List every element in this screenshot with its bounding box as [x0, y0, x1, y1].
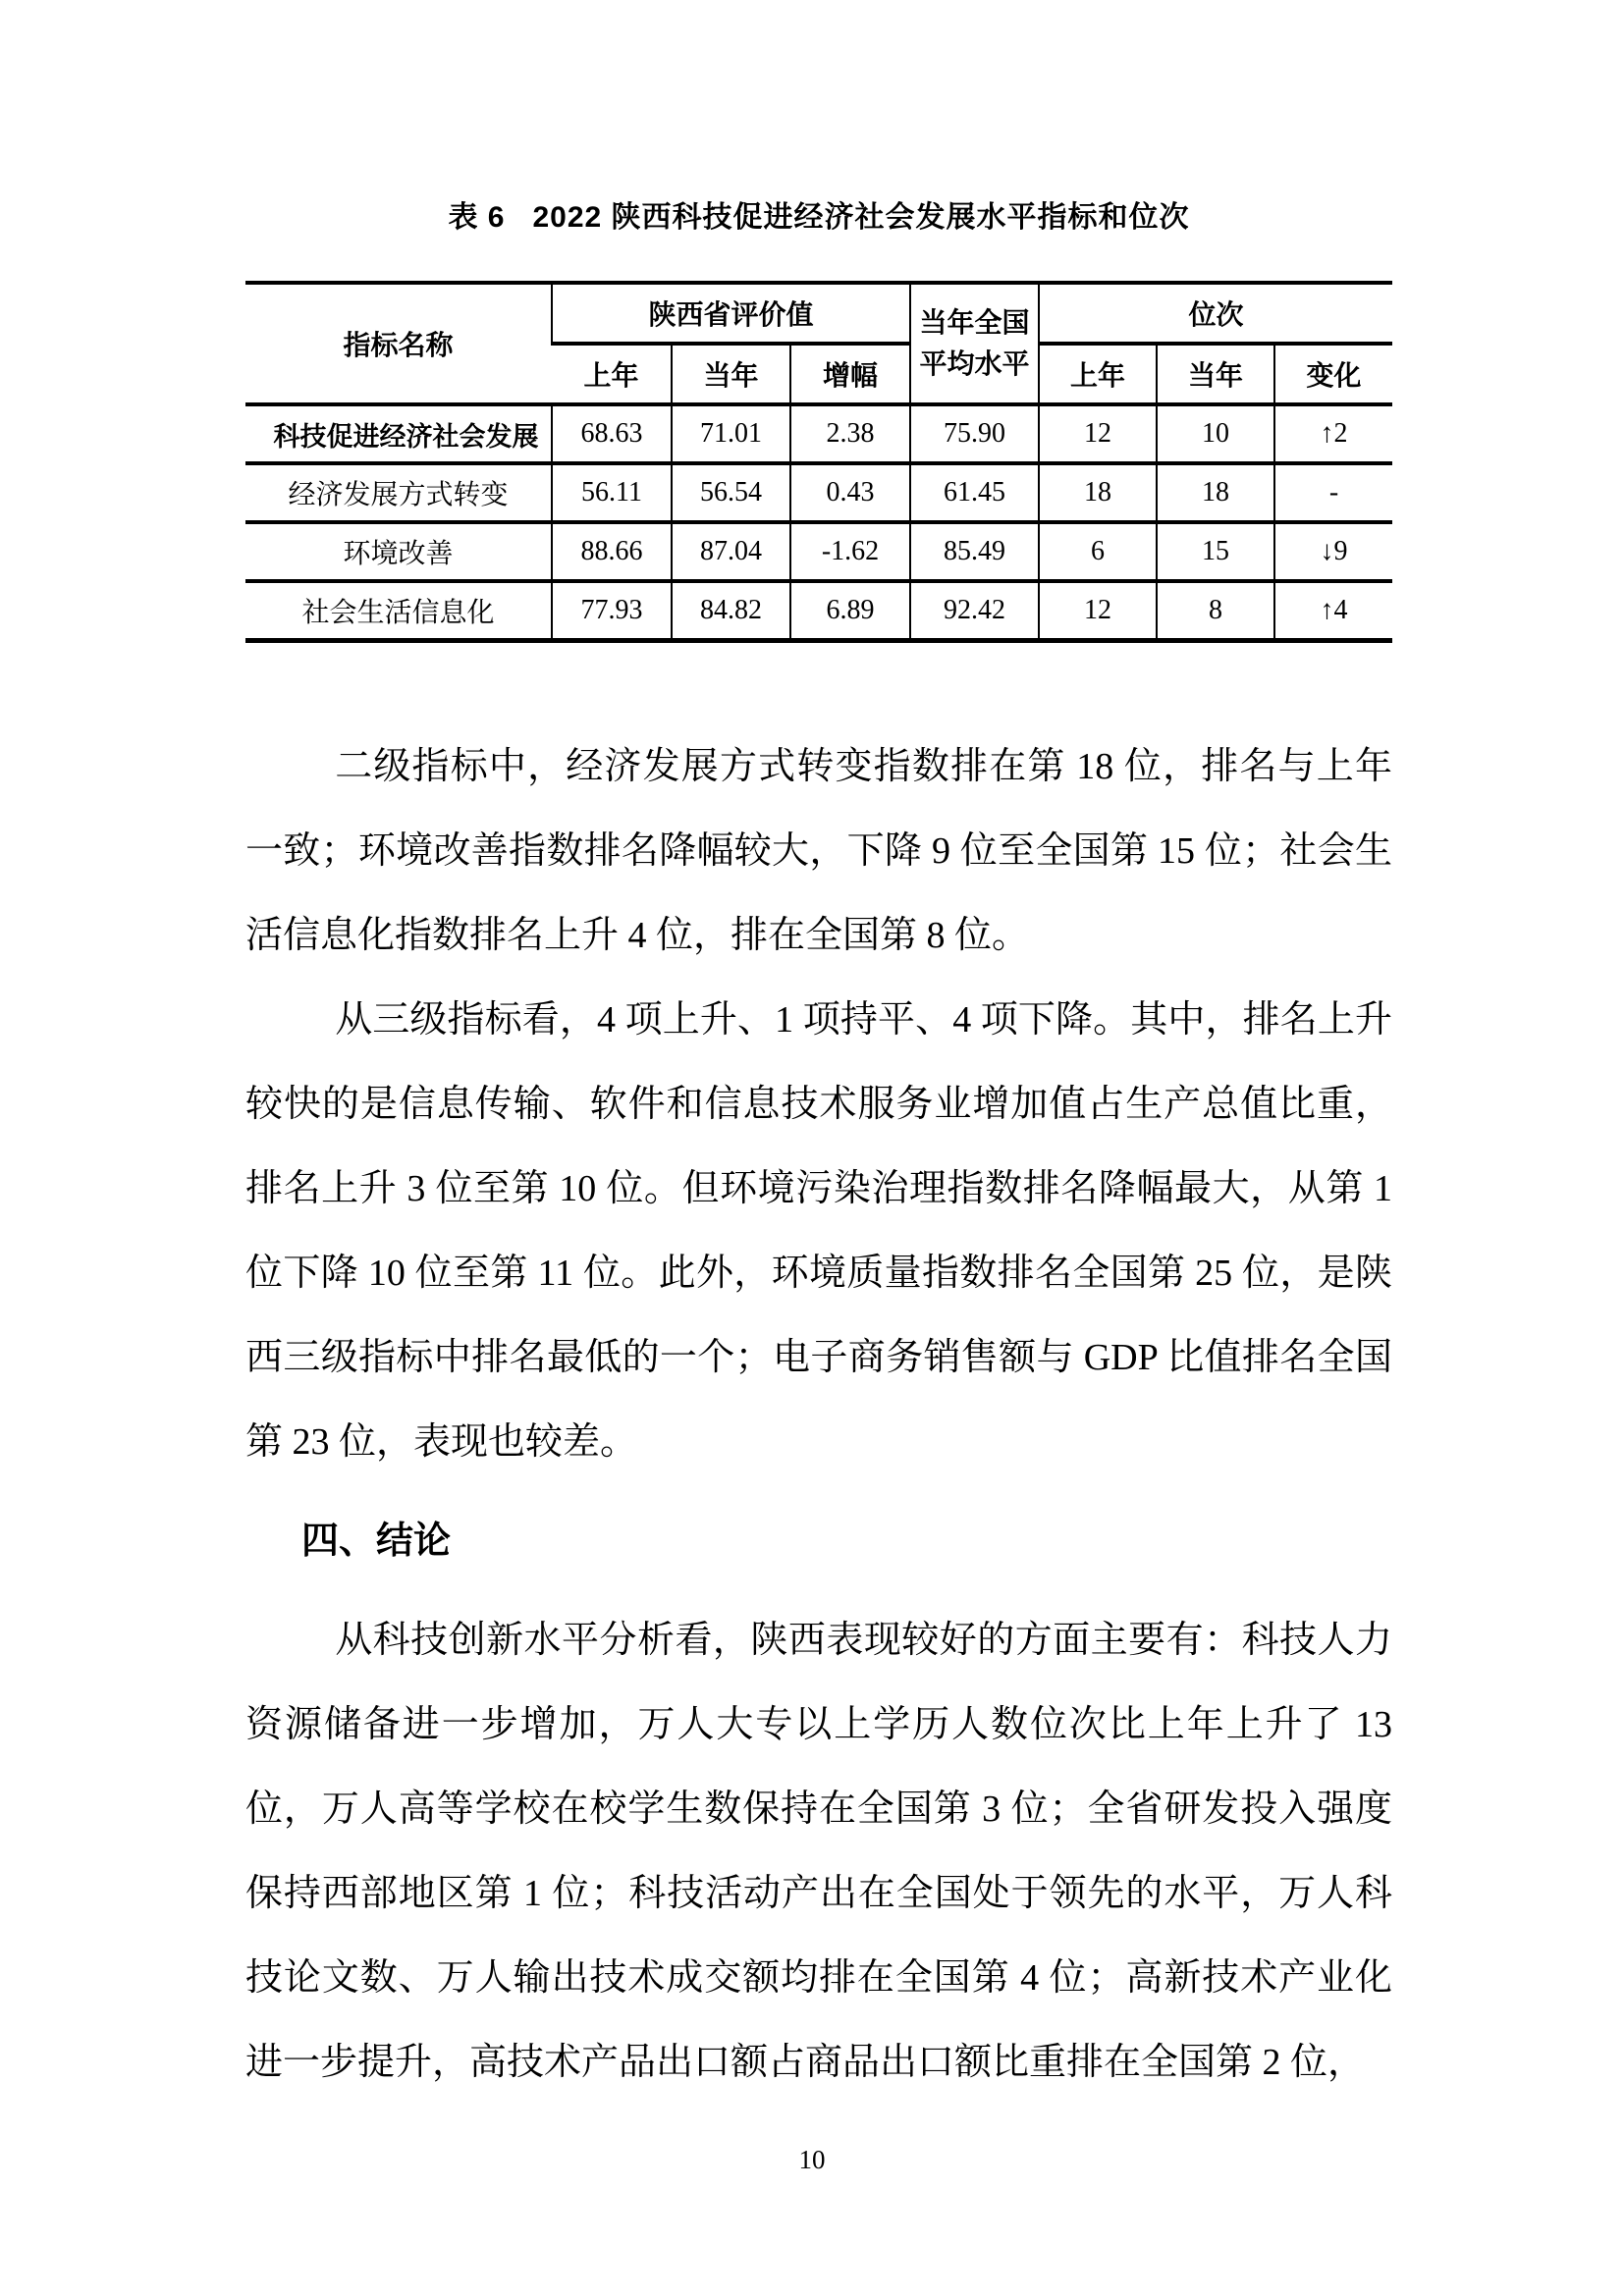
table-header-row-1: 指标名称 陕西省评价值 当年全国 平均水平 位次 — [245, 283, 1392, 344]
cell-value-prev: 68.63 — [552, 404, 672, 463]
cell-value-growth: -1.62 — [790, 522, 910, 581]
header-rank-group: 位次 — [1039, 283, 1392, 344]
cell-value-prev: 56.11 — [552, 463, 672, 522]
row-label: 环境改善 — [245, 522, 552, 581]
header-value-growth: 增幅 — [790, 344, 910, 404]
cell-rank-curr: 10 — [1157, 404, 1274, 463]
body-paragraph-3: 从科技创新水平分析看，陕西表现较好的方面主要有：科技人力资源储备进一步增加，万人… — [245, 1598, 1392, 2105]
cell-rank-curr: 15 — [1157, 522, 1274, 581]
cell-rank-change: ↑4 — [1274, 581, 1392, 640]
indicators-table-wrapper: 指标名称 陕西省评价值 当年全国 平均水平 位次 上年 当年 增幅 上年 当年 … — [245, 281, 1392, 643]
cell-value-curr: 71.01 — [672, 404, 790, 463]
header-rank-curr-year: 当年 — [1157, 344, 1274, 404]
row-label: 经济发展方式转变 — [245, 463, 552, 522]
cell-rank-curr: 8 — [1157, 581, 1274, 640]
cell-rank-prev: 18 — [1039, 463, 1157, 522]
table-row: 科技促进经济社会发展 68.63 71.01 2.38 75.90 12 10 … — [245, 404, 1392, 463]
cell-rank-change: ↑2 — [1274, 404, 1392, 463]
header-national-line2: 平均水平 — [919, 348, 1029, 379]
body-paragraph-1: 二级指标中，经济发展方式转变指数排在第 18 位，排名与上年一致；环境改善指数排… — [245, 724, 1392, 978]
cell-value-growth: 2.38 — [790, 404, 910, 463]
section-heading-conclusion: 四、结论 — [245, 1514, 1392, 1569]
cell-rank-prev: 12 — [1039, 581, 1157, 640]
cell-rank-prev: 12 — [1039, 404, 1157, 463]
cell-value-prev: 77.93 — [552, 581, 672, 640]
cell-national-average: 92.42 — [910, 581, 1039, 640]
table-row: 社会生活信息化 77.93 84.82 6.89 92.42 12 8 ↑4 — [245, 581, 1392, 640]
cell-value-curr: 87.04 — [672, 522, 790, 581]
cell-national-average: 85.49 — [910, 522, 1039, 581]
header-rank-change: 变化 — [1274, 344, 1392, 404]
cell-national-average: 75.90 — [910, 404, 1039, 463]
table-row: 经济发展方式转变 56.11 56.54 0.43 61.45 18 18 - — [245, 463, 1392, 522]
cell-value-curr: 84.82 — [672, 581, 790, 640]
cell-rank-change: - — [1274, 463, 1392, 522]
body-paragraph-2: 从三级指标看，4 项上升、1 项持平、4 项下降。其中，排名上升较快的是信息传输… — [245, 978, 1392, 1484]
page-number: 10 — [0, 2145, 1624, 2175]
row-label: 社会生活信息化 — [245, 581, 552, 640]
header-rank-prev-year: 上年 — [1039, 344, 1157, 404]
header-shaanxi-group: 陕西省评价值 — [552, 283, 910, 344]
cell-value-growth: 0.43 — [790, 463, 910, 522]
cell-rank-prev: 6 — [1039, 522, 1157, 581]
header-value-curr-year: 当年 — [672, 344, 790, 404]
cell-rank-curr: 18 — [1157, 463, 1274, 522]
cell-value-curr: 56.54 — [672, 463, 790, 522]
table-row: 环境改善 88.66 87.04 -1.62 85.49 6 15 ↓9 — [245, 522, 1392, 581]
header-national-average: 当年全国 平均水平 — [910, 283, 1039, 404]
cell-value-prev: 88.66 — [552, 522, 672, 581]
cell-rank-change: ↓9 — [1274, 522, 1392, 581]
document-page: 表 6 2022 陕西科技促进经济社会发展水平指标和位次 指标名称 陕西省评价值… — [0, 0, 1624, 2296]
cell-value-growth: 6.89 — [790, 581, 910, 640]
header-value-prev-year: 上年 — [552, 344, 672, 404]
indicators-table: 指标名称 陕西省评价值 当年全国 平均水平 位次 上年 当年 增幅 上年 当年 … — [245, 281, 1392, 643]
row-label: 科技促进经济社会发展 — [245, 404, 552, 463]
header-national-line1: 当年全国 — [919, 307, 1029, 338]
cell-national-average: 61.45 — [910, 463, 1039, 522]
table-caption: 表 6 2022 陕西科技促进经济社会发展水平指标和位次 — [245, 196, 1392, 240]
header-indicator: 指标名称 — [245, 283, 552, 404]
